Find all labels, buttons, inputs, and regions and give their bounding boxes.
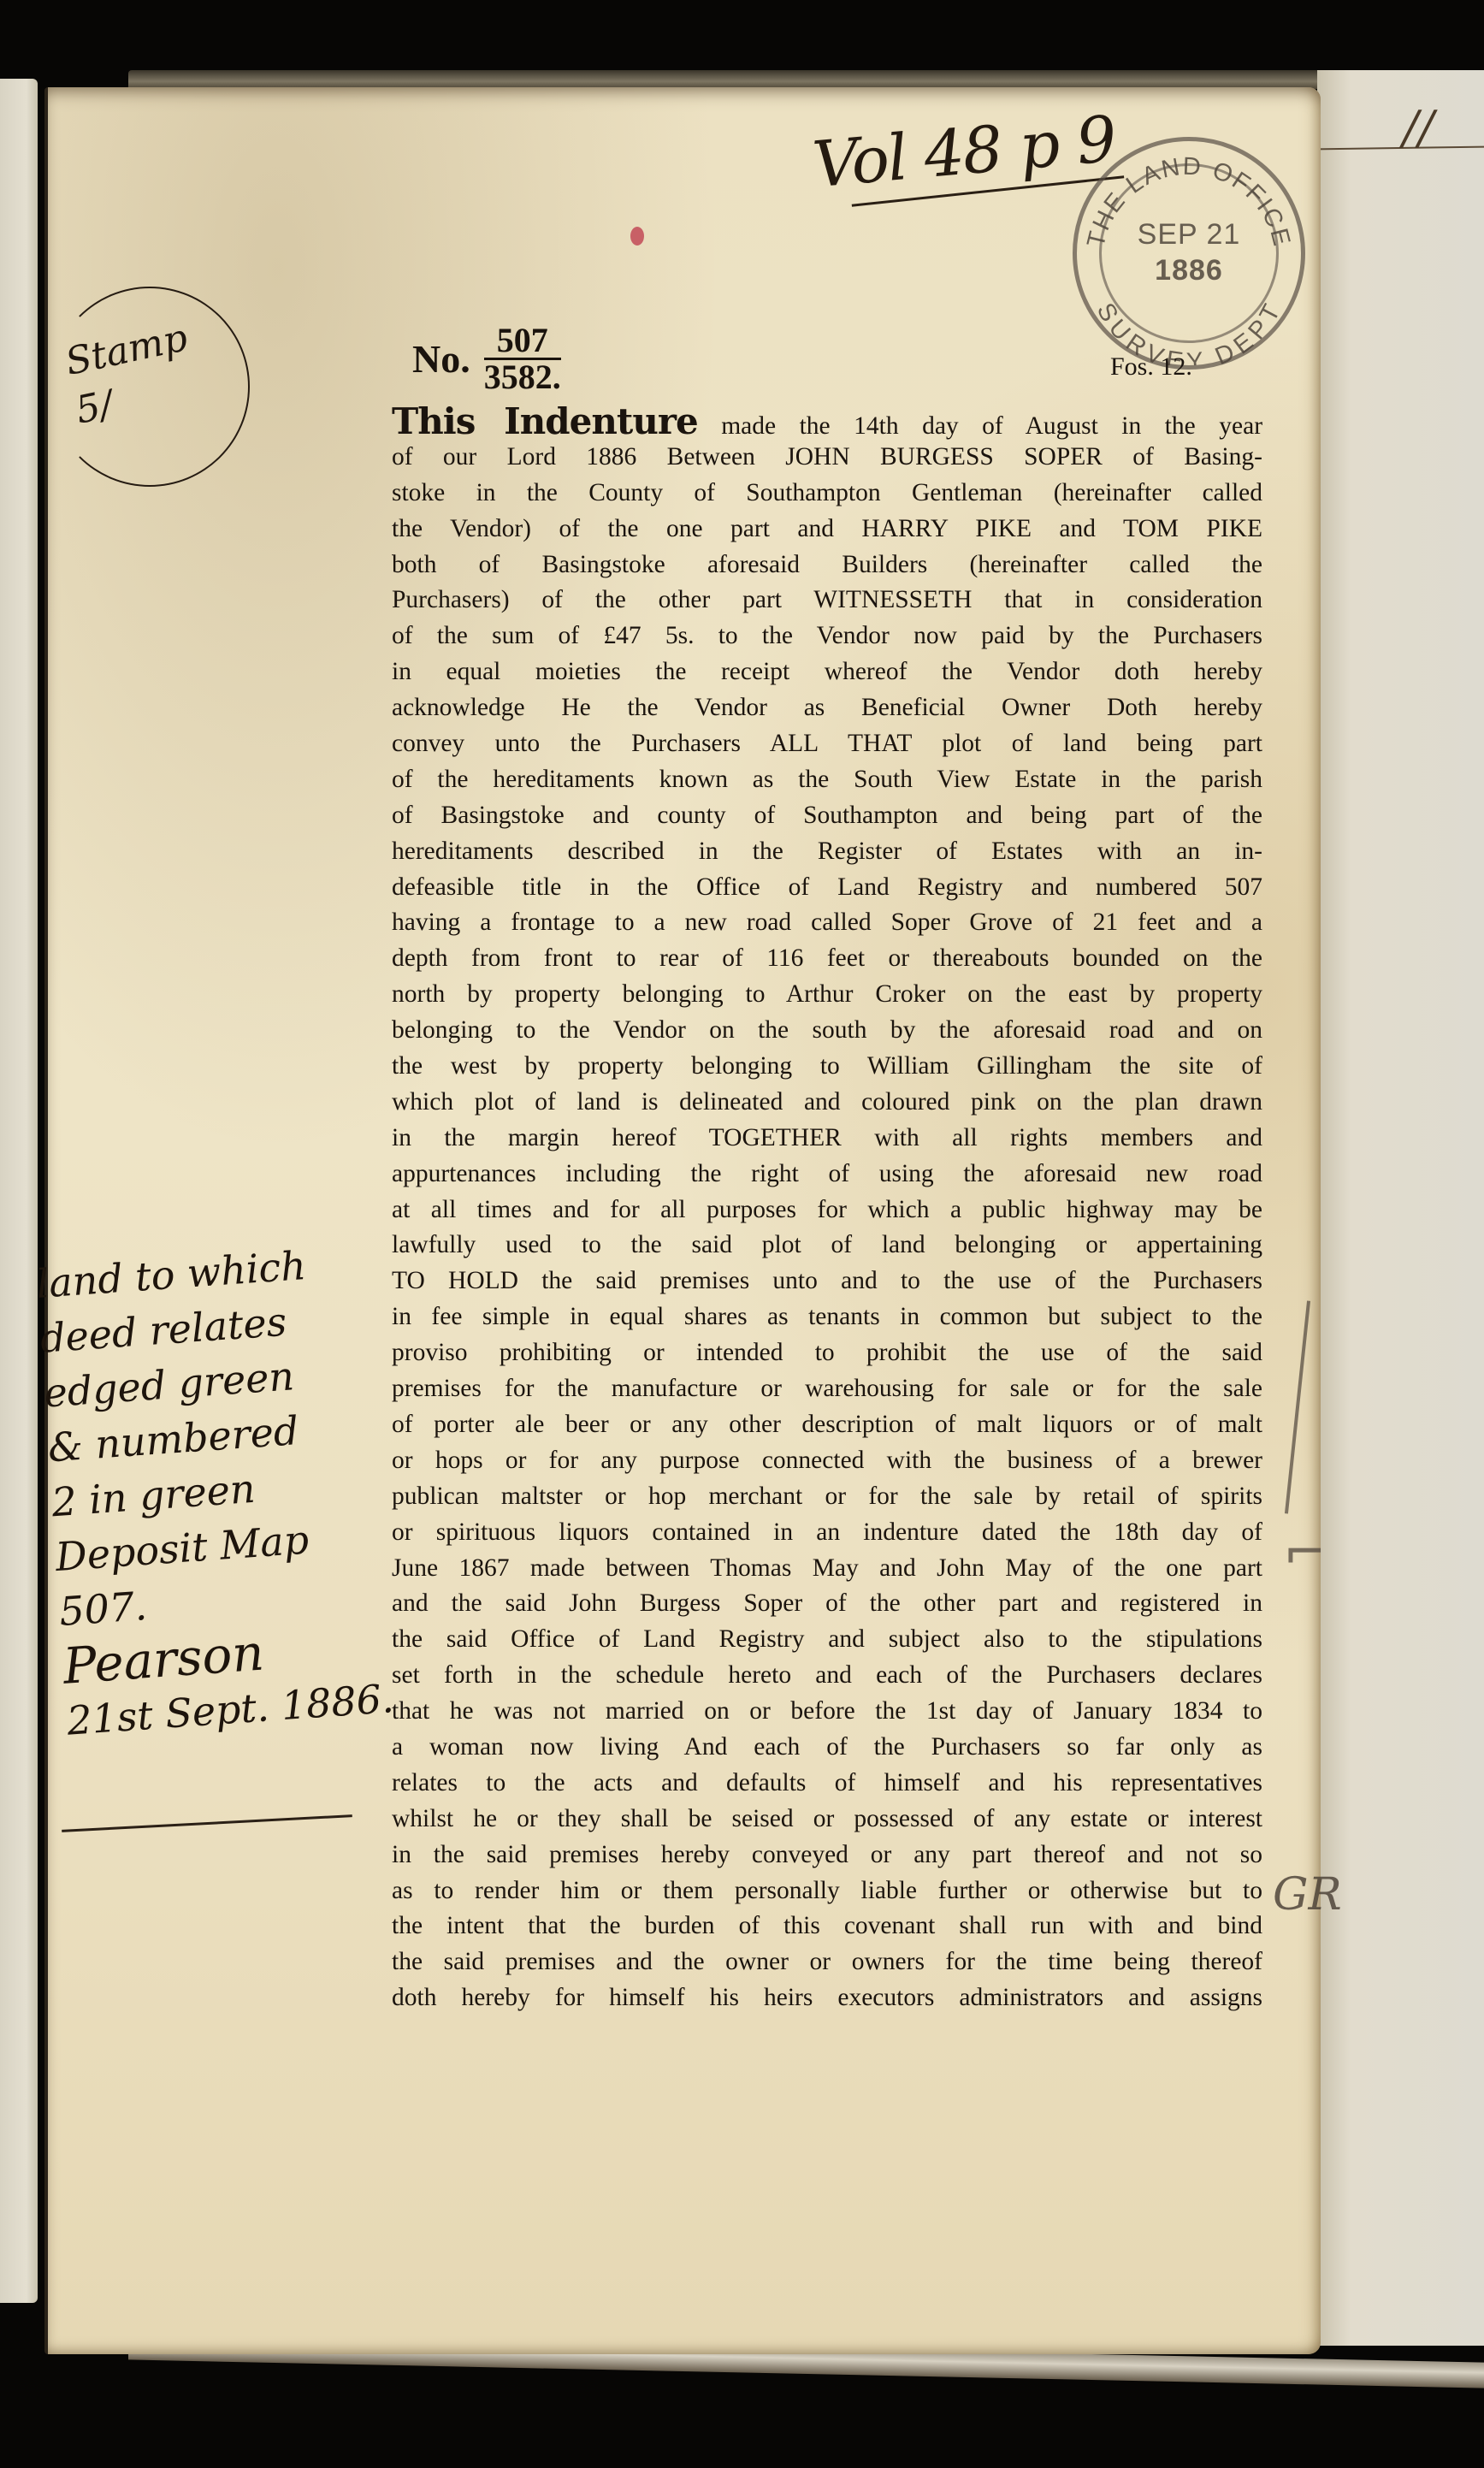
- document-number-numerator: 507: [484, 323, 561, 360]
- body-line: the said Office of Land Registry and sub…: [392, 1622, 1262, 1658]
- stacked-sheets-top: [128, 70, 1326, 89]
- body-line: publican maltster or hop merchant or for…: [392, 1479, 1262, 1515]
- pencil-initials: GR: [1273, 1869, 1342, 1921]
- body-line: This Indenture made the 14th day of Augu…: [392, 404, 1262, 440]
- body-line: at all times and for all purposes for wh…: [392, 1193, 1262, 1228]
- body-line: of our Lord 1886 Between JOHN BURGESS SO…: [392, 440, 1262, 476]
- body-line: in fee simple in equal shares as tenants…: [392, 1299, 1262, 1335]
- adjacent-page-right: [1317, 70, 1484, 2346]
- body-line: or hops or for any purpose connected wit…: [392, 1443, 1262, 1479]
- body-line: north by property belonging to Arthur Cr…: [392, 977, 1262, 1013]
- body-line: a woman now living And each of the Purch…: [392, 1730, 1262, 1766]
- document-number: No. 507 3582.: [412, 323, 561, 394]
- body-line: of Basingstoke and county of Southampton…: [392, 798, 1262, 834]
- body-line: defeasible title in the Office of Land R…: [392, 870, 1262, 906]
- stamp-year: 1886: [1077, 252, 1301, 288]
- body-line: the said premises and the owner or owner…: [392, 1944, 1262, 1980]
- document-number-label: No.: [412, 337, 470, 381]
- body-line: of porter ale beer or any other descript…: [392, 1407, 1262, 1443]
- body-line: whilst he or they shall be seised or pos…: [392, 1802, 1262, 1838]
- body-line: relates to the acts and defaults of hims…: [392, 1766, 1262, 1802]
- body-line: Purchasers) of the other part WITNESSETH…: [392, 583, 1262, 618]
- red-seal-dot: [630, 227, 644, 246]
- body-line: depth from front to rear of 116 feet or …: [392, 941, 1262, 977]
- body-line: and the said John Burgess Soper of the o…: [392, 1586, 1262, 1622]
- body-line: stoke in the County of Southampton Gentl…: [392, 476, 1262, 512]
- body-line: the Vendor) of the one part and HARRY PI…: [392, 512, 1262, 547]
- document-number-fraction: 507 3582.: [484, 323, 561, 394]
- body-line: June 1867 made between Thomas May and Jo…: [392, 1551, 1262, 1587]
- body-line: the intent that the burden of this coven…: [392, 1909, 1262, 1944]
- body-line: acknowledge He the Vendor as Beneficial …: [392, 690, 1262, 726]
- body-line: in the margin hereof TOGETHER with all r…: [392, 1121, 1262, 1157]
- body-line: or spirituous liquors contained in an in…: [392, 1515, 1262, 1551]
- body-line: premises for the manufacture or warehous…: [392, 1371, 1262, 1407]
- folios-count: Fos. 12.: [1110, 352, 1192, 382]
- body-line: set forth in the schedule hereto and eac…: [392, 1658, 1262, 1694]
- body-line: hereditaments described in the Register …: [392, 834, 1262, 870]
- stamp-date: SEP 21 1886: [1077, 216, 1301, 288]
- body-line: proviso prohibiting or intended to prohi…: [392, 1335, 1262, 1371]
- body-line: that he was not married on or before the…: [392, 1694, 1262, 1730]
- land-office-stamp: THE LAND OFFICE SURVEY DEPT SEP 21 1886: [1073, 137, 1305, 370]
- pencil-bracket-mark: ⌐: [1283, 1523, 1326, 1583]
- body-line: as to render him or them personally liab…: [392, 1873, 1262, 1909]
- body-line: the west by property belonging to Willia…: [392, 1049, 1262, 1085]
- body-line: doth hereby for himself his heirs execut…: [392, 1980, 1262, 2016]
- body-line: of the hereditaments known as the South …: [392, 762, 1262, 798]
- tick-marks: //: [1403, 101, 1434, 155]
- body-line: which plot of land is delineated and col…: [392, 1085, 1262, 1121]
- handwritten-margin-note: land to which deed relates edged green &…: [34, 1234, 395, 1748]
- body-line: appurtenances including the right of usi…: [392, 1157, 1262, 1193]
- body-line: lawfully used to the said plot of land b…: [392, 1228, 1262, 1264]
- body-line: TO HOLD the said premises unto and to th…: [392, 1264, 1262, 1299]
- stamp-date-line: SEP 21: [1077, 216, 1301, 252]
- adjacent-page-left: [0, 79, 38, 2303]
- body-line: having a frontage to a new road called S…: [392, 905, 1262, 941]
- body-line: convey unto the Purchasers ALL THAT plot…: [392, 726, 1262, 762]
- body-line: both of Basingstoke aforesaid Builders (…: [392, 547, 1262, 583]
- indenture-body: This Indenture made the 14th day of Augu…: [392, 404, 1262, 2016]
- body-line: in the said premises hereby conveyed or …: [392, 1838, 1262, 1873]
- ruled-line: [1317, 146, 1484, 151]
- document-number-denominator: 3582.: [484, 360, 561, 394]
- body-line: belonging to the Vendor on the south by …: [392, 1013, 1262, 1049]
- indenture-heading: This Indenture: [392, 400, 698, 442]
- body-line: of the sum of £47 5s. to the Vendor now …: [392, 618, 1262, 654]
- body-line: in equal moieties the receipt whereof th…: [392, 654, 1262, 690]
